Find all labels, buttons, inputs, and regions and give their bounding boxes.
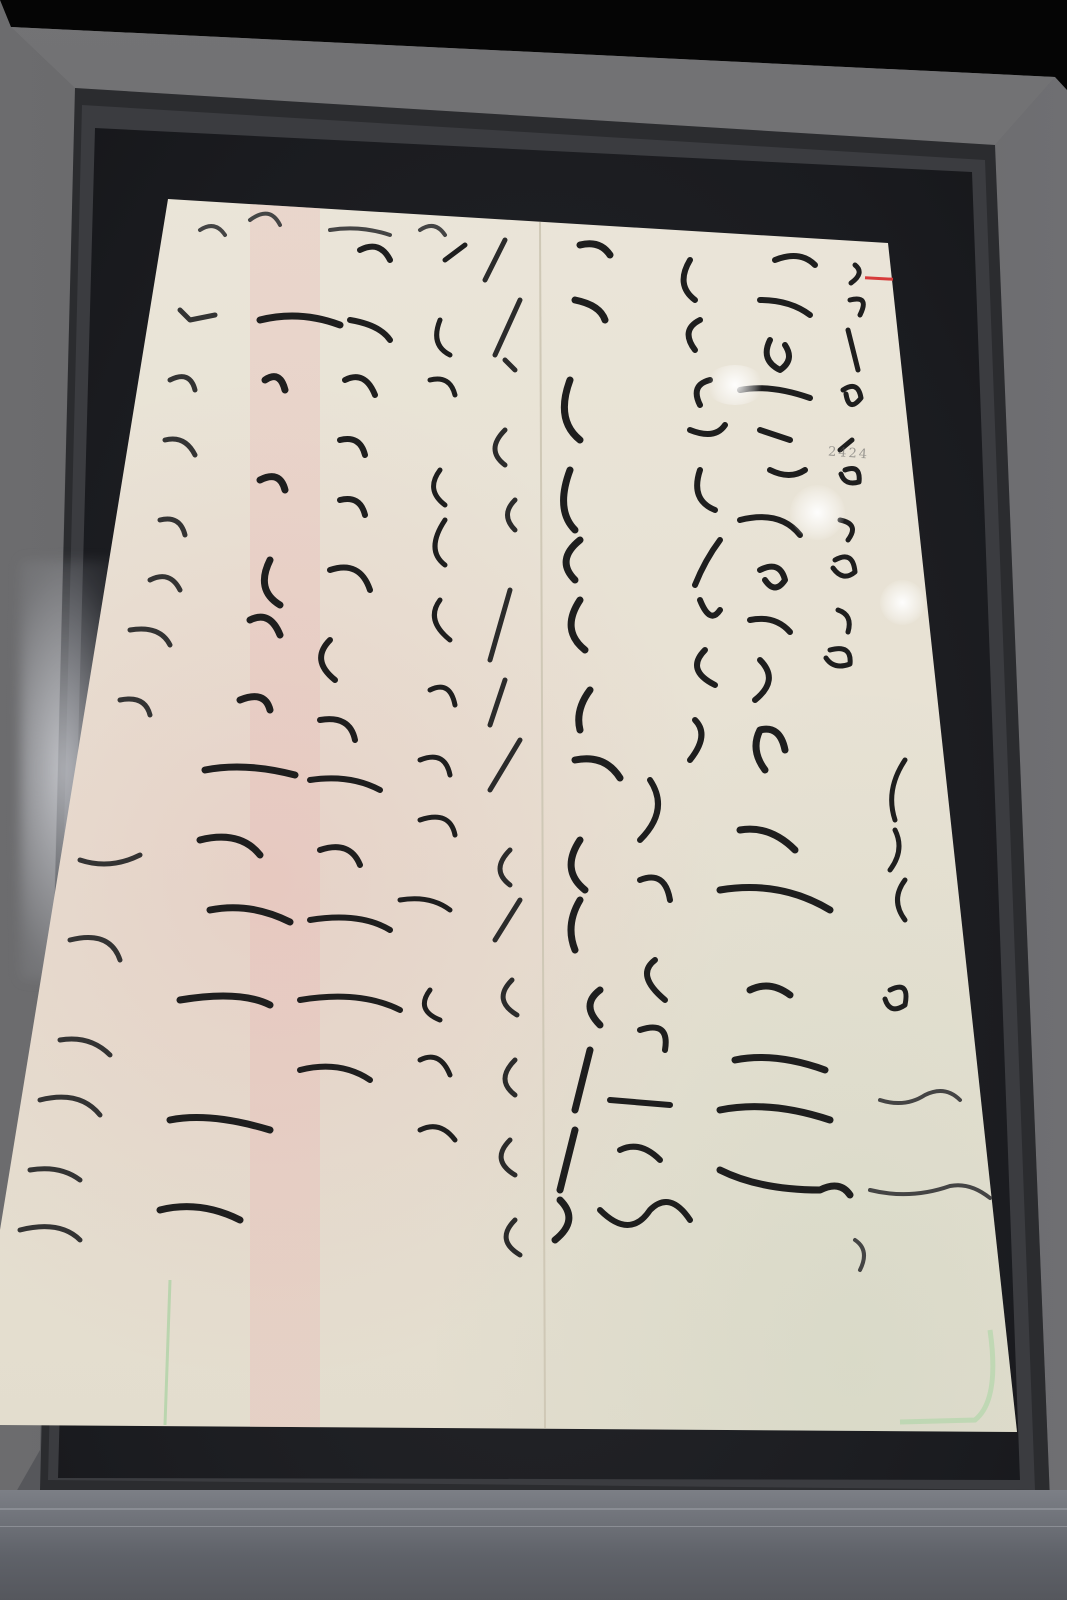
light-reflection [705, 365, 765, 405]
photo-scene: 2424 [0, 0, 1067, 1600]
light-reflection [790, 485, 845, 540]
calligraphy-ink [0, 0, 1067, 1600]
pencil-annotation: 2424 [828, 445, 870, 463]
light-reflection [880, 580, 925, 625]
frame-bottom-rail [0, 1490, 1067, 1600]
